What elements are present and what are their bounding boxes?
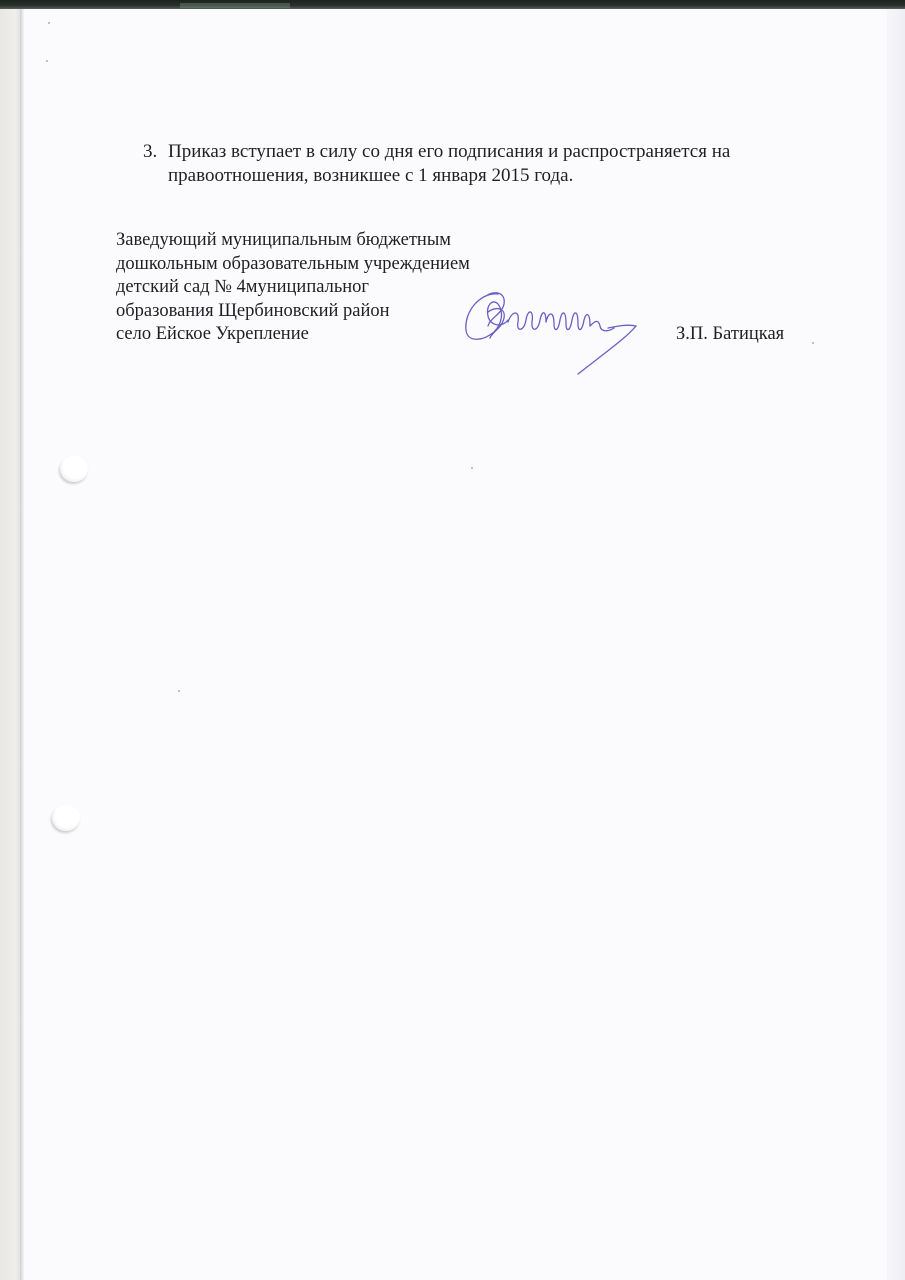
handwritten-signature-icon — [458, 282, 648, 377]
scanned-page: 3.Приказ вступает в силу со дня его подп… — [0, 0, 905, 1280]
scan-speck — [471, 467, 473, 469]
scan-speck — [812, 342, 814, 344]
signatory-line: дошкольным образовательным учреждением — [116, 253, 470, 277]
scan-speck — [46, 60, 48, 62]
signatory-line: Заведующий муниципальным бюджетным — [116, 229, 470, 253]
binder-hole-icon — [60, 456, 88, 482]
item-3-line-1: Приказ вступает в силу со дня его подпис… — [168, 141, 730, 162]
item-number: 3. — [143, 140, 168, 164]
order-item-3: 3.Приказ вступает в силу со дня его подп… — [143, 140, 730, 188]
item-3-line-2: правоотношения, возникшее с 1 января 201… — [143, 164, 730, 188]
signer-name: З.П. Батицкая — [676, 322, 784, 346]
signatory-title-block: Заведующий муниципальным бюджетным дошко… — [116, 229, 470, 347]
binder-hole-icon — [52, 805, 80, 831]
scanner-right-edge — [887, 9, 905, 1280]
scan-speck — [178, 690, 180, 692]
page-edge-shadow — [20, 9, 24, 1280]
signatory-line: образования Щербиновский район — [116, 300, 470, 324]
scanner-left-edge — [0, 9, 22, 1280]
signatory-line: село Ейское Укрепление — [116, 323, 470, 347]
scan-speck — [48, 22, 50, 24]
scanner-top-edge — [0, 0, 905, 9]
signatory-line: детский сад № 4муниципальног — [116, 276, 470, 300]
